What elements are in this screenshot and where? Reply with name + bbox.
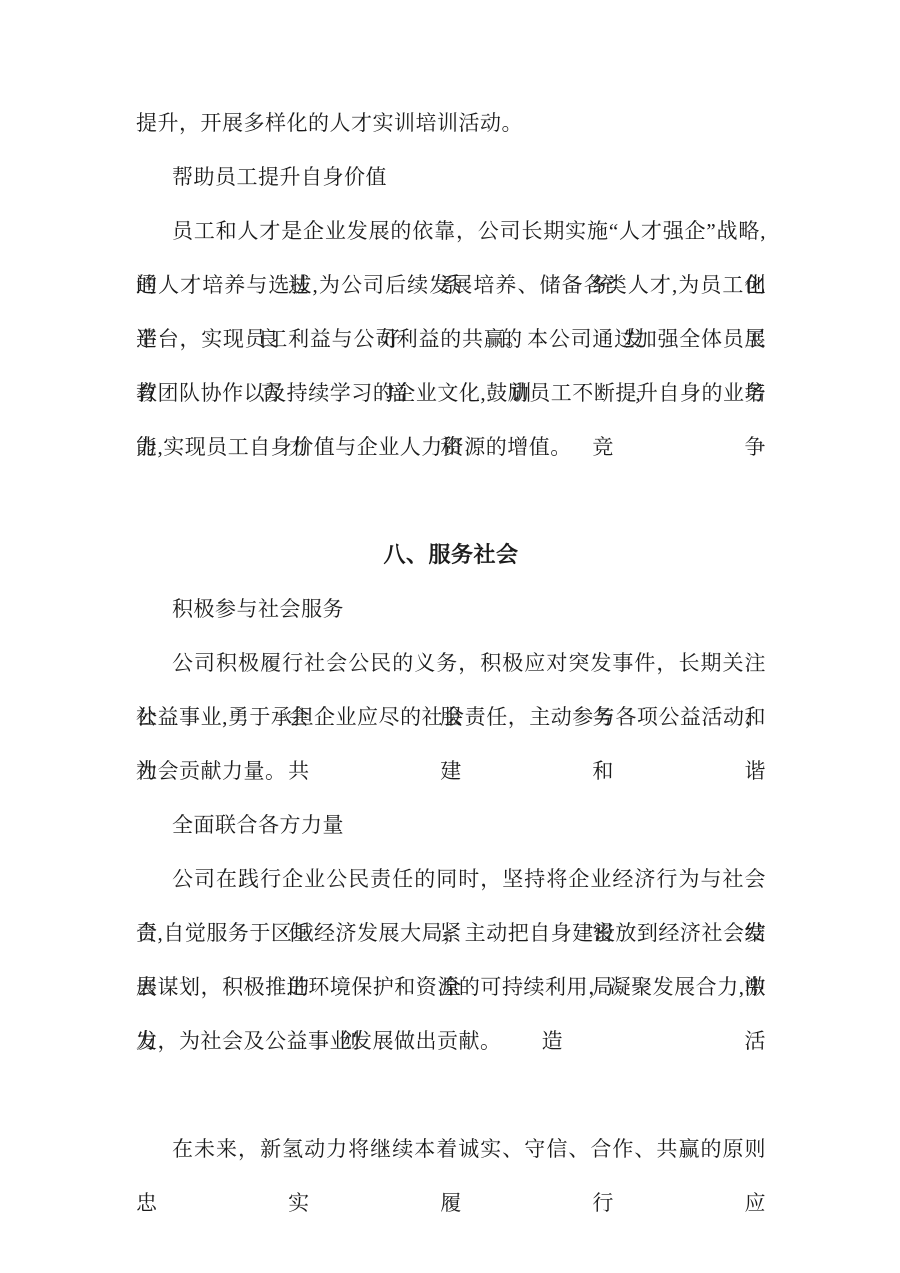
spacer: [136, 474, 766, 528]
spacer: [136, 1068, 766, 1122]
subheading: 全面联合各方力量: [136, 798, 766, 852]
paragraph-line: 公益事业,勇于承担企业应尽的社会责任，主动参与各项公益活动，为共建和谐: [136, 690, 766, 744]
paragraph-line: 的人才培养与选拔,为公司后续发展培养、储备各类人才,为员工创造良好的发展: [136, 258, 766, 312]
document-page: 提升，开展多样化的人才实训培训活动。 帮助员工提升自身价值 员工和人才是企业发展…: [0, 0, 900, 1273]
subheading: 帮助员工提升自身价值: [136, 150, 766, 204]
paragraph-line: 平台，实现员工利益与公司利益的共赢。本公司通过加强全体员工教育培训,培: [136, 312, 766, 366]
paragraph-line: 合,自觉服务于区域经济发展大局，主动把自身建设放到经济社会发展的全局中: [136, 906, 766, 960]
paragraph-line: 公司积极履行社会公民的义务，积极应对突发事件，长期关注社会服务和: [136, 636, 766, 690]
paragraph-line: 公司在践行企业公民责任的同时，坚持将企业经济行为与社会责任紧密结: [136, 852, 766, 906]
document-content: 提升，开展多样化的人才实训培训活动。 帮助员工提升自身价值 员工和人才是企业发展…: [136, 96, 766, 1176]
section-heading: 八、服务社会: [136, 528, 766, 582]
subheading: 积极参与社会服务: [136, 582, 766, 636]
paragraph-line: 员工和人才是企业发展的依靠，公司长期实施“人才强企”战略,通过系统化: [136, 204, 766, 258]
paragraph-line: 育团队协作以及持续学习的企业文化,鼓励员工不断提升自身的业务能力和竞争: [136, 366, 766, 420]
paragraph-line: 在未来，新氢动力将继续本着诚实、守信、合作、共赢的原则忠实履行应: [136, 1122, 766, 1176]
paragraph-line: 去谋划，积极推进环境保护和资源的可持续利用，凝聚发展合力,激发创造活: [136, 960, 766, 1014]
text-line: 提升，开展多样化的人才实训培训活动。: [136, 96, 766, 150]
